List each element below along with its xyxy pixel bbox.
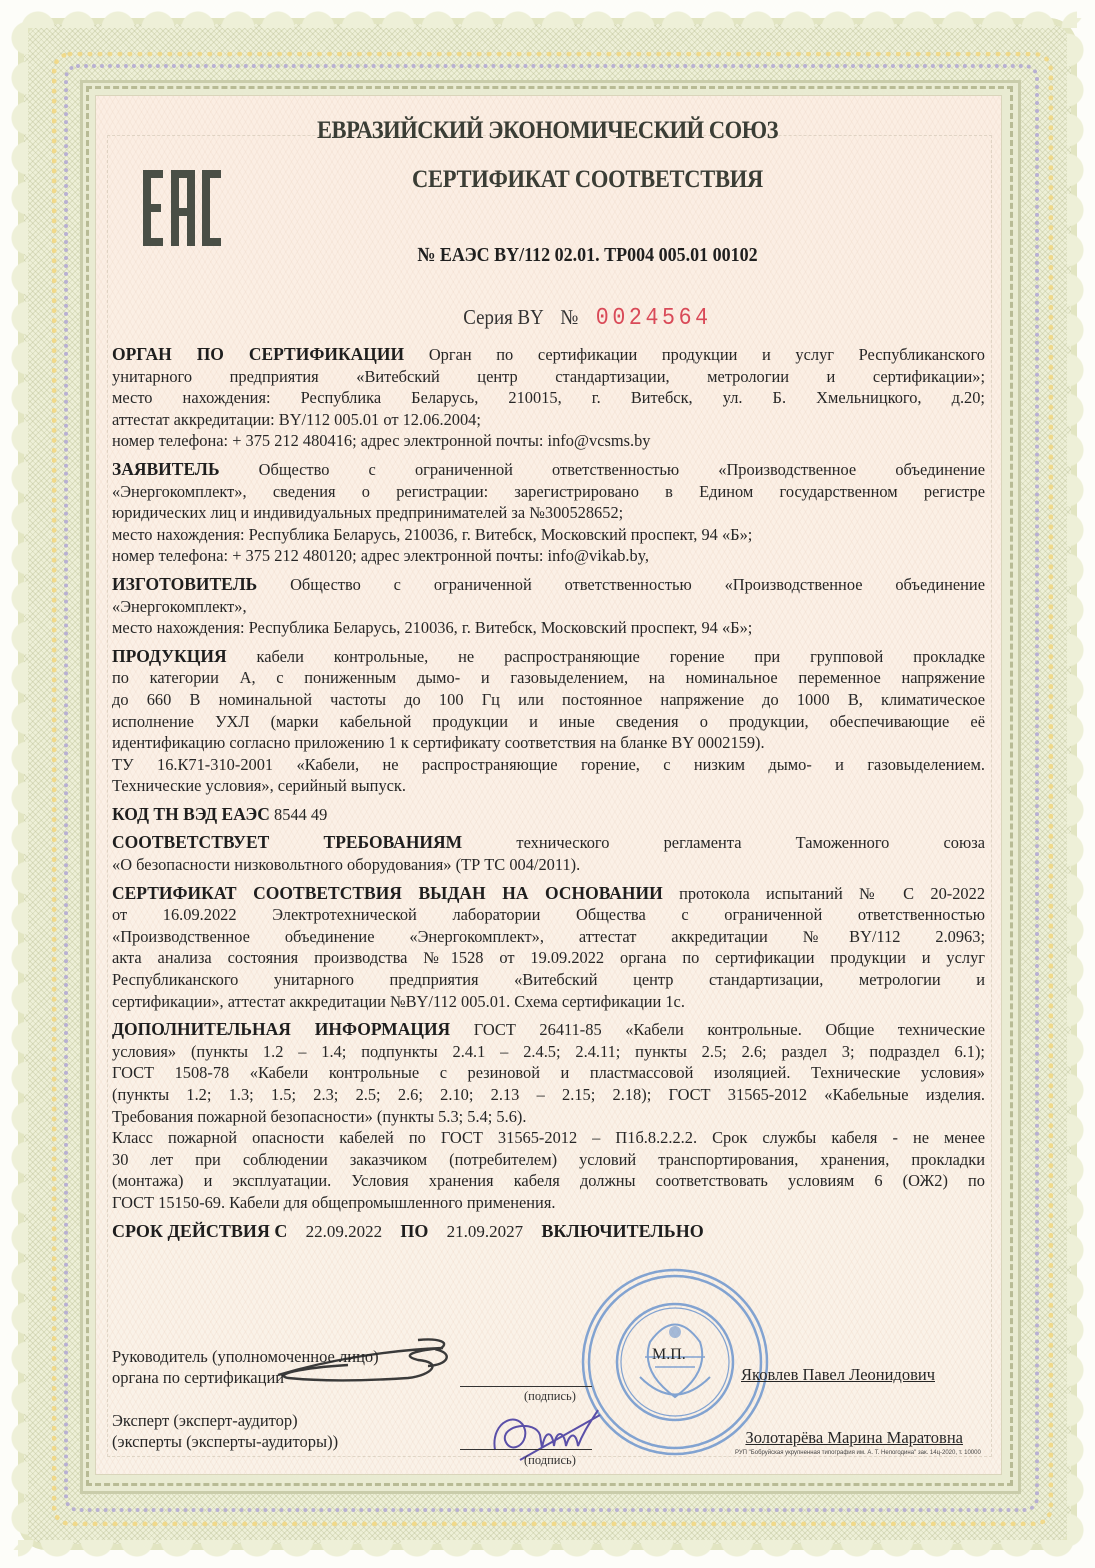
border-scallop-left: [4, 18, 28, 1550]
series-label: Серия BY: [463, 305, 543, 329]
text-line: юридических лиц и индивидуальных предпри…: [112, 502, 985, 524]
head-role-line2: органа по сертификации: [112, 1367, 379, 1388]
section-product: ПРОДУКЦИЯ кабели контрольные, не распрос…: [112, 646, 985, 797]
section-label: СЕРТИФИКАТ СООТВЕТСТВИЯ ВЫДАН НА ОСНОВАН…: [112, 883, 663, 903]
text-line: технического регламента Таможенного союз…: [516, 833, 985, 852]
text-line: аттестат аккредитации: BY/112 005.01 от …: [112, 409, 985, 431]
head-name: Яковлев Павел Леонидович: [741, 1364, 935, 1385]
section-label: ТРЕБОВАНИЯМ: [324, 832, 463, 852]
section-certification-body: ОРГАН ПО СЕРТИФИКАЦИИ Орган по сертифика…: [112, 344, 985, 452]
border-scallop-bottom: [18, 1540, 1077, 1564]
union-title: ЕВРАЗИЙСКИЙ ЭКОНОМИЧЕСКИЙ СОЮЗ: [55, 117, 1041, 145]
section-label: ПРОДУКЦИЯ: [112, 646, 227, 666]
certificate-number: № ЕАЭС BY/112 02.01. ТР004 005.01 00102: [95, 244, 1081, 267]
number-sign: №: [560, 305, 578, 329]
text-line: место нахождения: Республика Беларусь, 2…: [112, 617, 985, 639]
series-line: Серия BY № 0024564: [95, 305, 1081, 332]
expert-name: Золотарёва Марина Маратовна: [745, 1427, 963, 1448]
validity-inclusive-label: ВКЛЮЧИТЕЛЬНО: [541, 1221, 703, 1241]
section-conforms: СООТВЕТСТВУЕТ ТРЕБОВАНИЯМ технического р…: [112, 832, 985, 875]
validity-date-to: 21.09.2027: [447, 1222, 524, 1241]
expert-role-line1: Эксперт (эксперт-аудитор): [112, 1410, 338, 1431]
text-line: до 660 В номинальной частоты до 100 Гц и…: [112, 689, 985, 711]
text-line: «Энергокомплект», сведения о регистрации…: [112, 481, 985, 503]
text-line: ГОСТ 1508-78 «Кабели контрольные с резин…: [112, 1062, 985, 1084]
series-number: 0024564: [596, 305, 712, 332]
text-line: 30 лет при соблюдении заказчиком (потреб…: [112, 1149, 985, 1171]
text-line: Республиканского унитарного предприятия …: [112, 969, 985, 991]
section-basis: СЕРТИФИКАТ СООТВЕТСТВИЯ ВЫДАН НА ОСНОВАН…: [112, 883, 985, 1013]
text-line: по категории А, с пониженным дымо- и газ…: [112, 667, 985, 689]
text-line: Общество с ограниченной ответственностью…: [290, 575, 985, 594]
text-line: сертификации», аттестат аккредитации №BY…: [112, 991, 985, 1013]
seal-place-label: М.П.: [652, 1344, 686, 1365]
text-line: акта анализа состояния производства №152…: [112, 947, 985, 969]
text-line: место нахождения: Республика Беларусь, 2…: [112, 524, 985, 546]
section-hs-code: КОД ТН ВЭД ЕАЭС 8544 49: [112, 804, 985, 826]
text-line: Общество с ограниченной ответственностью…: [259, 460, 985, 479]
text-line: номер телефона: + 375 212 480416; адрес …: [112, 430, 985, 452]
text-line: Класс пожарной опасности кабелей по ГОСТ…: [112, 1127, 985, 1149]
text-line: ГОСТ 15150-69. Кабели для общепромышленн…: [112, 1192, 985, 1214]
expert-role: Эксперт (эксперт-аудитор) (эксперты (экс…: [112, 1410, 338, 1452]
text-line: протокола испытаний № С 20-2022: [679, 884, 985, 903]
text-line: ТУ 16.К71-310-2001 «Кабели, не распростр…: [112, 754, 985, 776]
validity-from-label: СРОК ДЕЙСТВИЯ С: [112, 1221, 287, 1241]
signature-caption: (подпись): [524, 1386, 576, 1407]
border-scallop-top: [18, 4, 1077, 28]
section-applicant: ЗАЯВИТЕЛЬ Общество с ограниченной ответс…: [112, 459, 985, 567]
text-line: «О безопасности низковольтного оборудова…: [112, 854, 985, 876]
section-label: ОРГАН ПО СЕРТИФИКАЦИИ: [112, 344, 404, 364]
text-line: (монтажа) и эксплуатации. Условия хранен…: [112, 1170, 985, 1192]
section-label: СООТВЕТСТВУЕТ: [112, 832, 269, 852]
text-line: условия» (пункты 1.2 – 1.4; подпункты 2.…: [112, 1041, 985, 1063]
text-line: от 16.09.2022 Электротехнической лаборат…: [112, 904, 985, 926]
text-line: ГОСТ 26411-85 «Кабели контрольные. Общие…: [474, 1020, 985, 1039]
section-label: КОД ТН ВЭД ЕАЭС: [112, 804, 270, 824]
text-line: кабели контрольные, не распространяющие …: [257, 647, 985, 666]
section-manufacturer: ИЗГОТОВИТЕЛЬ Общество с ограниченной отв…: [112, 574, 985, 639]
text-line: Требования пожарной безопасности» (пункт…: [112, 1106, 985, 1128]
hs-code-value: 8544 49: [274, 805, 327, 824]
text-line: место нахождения: Республика Беларусь, 2…: [112, 387, 985, 409]
head-role-line1: Руководитель (уполномоченное лицо): [112, 1346, 379, 1367]
validity-period: СРОК ДЕЙСТВИЯ С 22.09.2022 ПО 21.09.2027…: [112, 1221, 985, 1243]
section-additional-info: ДОПОЛНИТЕЛЬНАЯ ИНФОРМАЦИЯ ГОСТ 26411-85 …: [112, 1019, 985, 1213]
text-line: (пункты 1.2; 1.3; 1.5; 2.3; 2.5; 2.6; 2.…: [112, 1084, 985, 1106]
head-role: Руководитель (уполномоченное лицо) орган…: [112, 1346, 379, 1388]
text-line: номер телефона: + 375 212 480120; адрес …: [112, 545, 985, 567]
text-line: идентификацию согласно приложению 1 к се…: [112, 732, 985, 754]
text-line: «Энергокомплект»,: [112, 596, 985, 618]
section-label: ДОПОЛНИТЕЛЬНАЯ ИНФОРМАЦИЯ: [112, 1019, 450, 1039]
validity-to-label: ПО: [400, 1221, 428, 1241]
text-line: Орган по сертификации продукции и услуг …: [429, 345, 985, 364]
signature-caption: (подпись): [524, 1450, 576, 1471]
text-line: «Производственное объединение «Энергоком…: [112, 926, 985, 948]
text-line: унитарного предприятия «Витебский центр …: [112, 366, 985, 388]
expert-role-line2: (эксперты (эксперты-аудиторы)): [112, 1431, 338, 1452]
validity-date-from: 22.09.2022: [306, 1222, 383, 1241]
text-line: Технические условия», серийный выпуск.: [112, 775, 985, 797]
printer-note: РУП "Бобруйская укрупненная типография и…: [735, 1450, 981, 1456]
section-label: ИЗГОТОВИТЕЛЬ: [112, 574, 257, 594]
certificate-title: СЕРТИФИКАТ СООТВЕТСТВИЯ: [95, 166, 1081, 194]
certificate-body: ОРГАН ПО СЕРТИФИКАЦИИ Орган по сертифика…: [112, 344, 985, 1242]
text-line: исполнение УХЛ (марки кабельной продукци…: [112, 711, 985, 733]
section-label: ЗАЯВИТЕЛЬ: [112, 459, 220, 479]
